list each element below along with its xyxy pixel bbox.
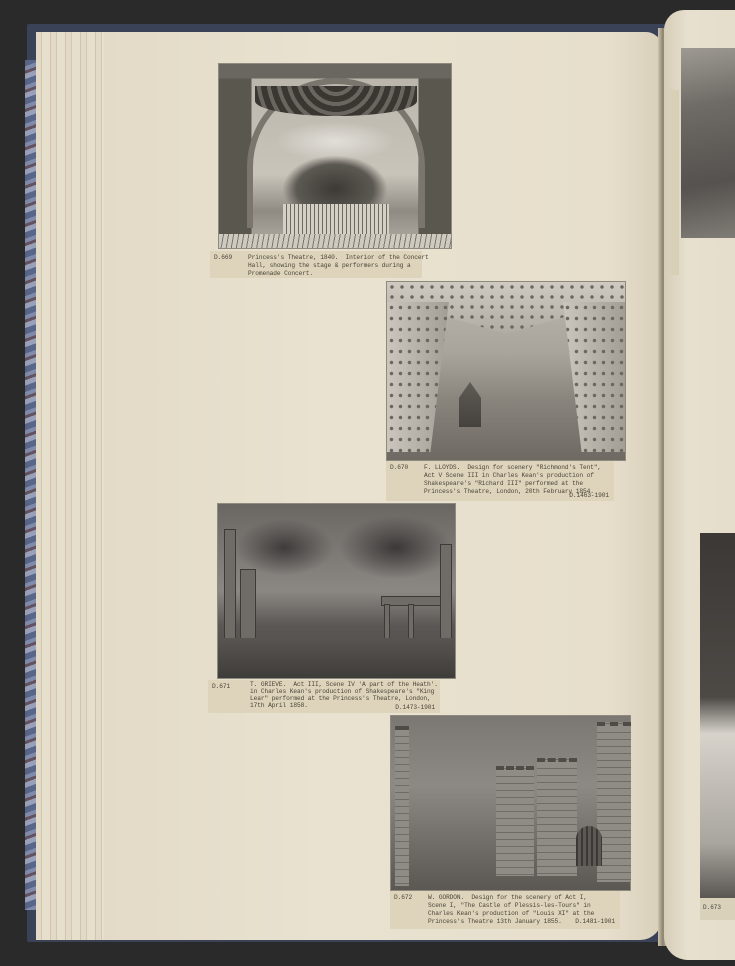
stage-balustrade bbox=[283, 204, 389, 234]
facing-plate-top bbox=[681, 48, 735, 238]
caption-line: Hall, showing the stage & performers dur… bbox=[248, 262, 411, 270]
castle-tower bbox=[496, 766, 534, 876]
accession-number: D.1473-1901 bbox=[395, 704, 435, 712]
plate-number: D.670 bbox=[390, 464, 408, 472]
stage-floor bbox=[219, 234, 451, 248]
caption-d672: D.672 W. GORDON. Design for the scenery … bbox=[390, 891, 620, 929]
curtain-right bbox=[563, 302, 625, 452]
castle-tower bbox=[597, 722, 631, 882]
caption-line: Promenade Concert. bbox=[248, 270, 313, 278]
caption-line: 17th April 1858. bbox=[250, 702, 308, 710]
caption-d670: D.670 F. LLOYDS. Design for scenery "Ric… bbox=[386, 461, 614, 501]
plate-richmonds-tent bbox=[386, 281, 626, 461]
plate-castle-plessis bbox=[390, 715, 631, 891]
plate-number: D.671 bbox=[212, 683, 230, 691]
curtain-left bbox=[387, 302, 449, 452]
facing-plate-label: D.673 bbox=[700, 898, 735, 920]
distant-tent bbox=[459, 382, 481, 427]
castle-gate bbox=[576, 826, 602, 866]
plate-heath bbox=[217, 503, 456, 679]
castle-tower bbox=[395, 726, 409, 886]
stage-drapery bbox=[255, 86, 417, 116]
caption-line: Princess's Theatre, 1840. Interior of th… bbox=[248, 254, 429, 262]
accession-number: D.1463-1901 bbox=[569, 492, 609, 500]
plate-concert-hall bbox=[218, 63, 452, 249]
caption-line: Charles Kean's production of "Louis XI" … bbox=[428, 910, 594, 918]
caption-d669: D.669 Princess's Theatre, 1840. Interior… bbox=[210, 251, 422, 278]
caption-line: Princess's Theatre 13th January 1855. bbox=[428, 918, 562, 926]
accession-number: D.1481-1901 bbox=[575, 918, 615, 926]
facing-caption-vertical bbox=[671, 90, 679, 275]
plate-number: D.669 bbox=[214, 254, 232, 262]
caption-d671: D.671 T. GRIEVE. Act III, Scene IV 'A pa… bbox=[208, 680, 440, 713]
castle-tower bbox=[537, 758, 577, 876]
plate-number: D.672 bbox=[394, 894, 412, 902]
lintel-stone bbox=[381, 596, 449, 606]
caption-line: Act V Scene III in Charles Kean's produc… bbox=[424, 472, 594, 480]
caption-line: Shakespeare's "Richard III" performed at… bbox=[424, 480, 583, 488]
caption-line: Scene I, "The Castle of Plessis-les-Tour… bbox=[428, 902, 591, 910]
caption-line: F. LLOYDS. Design for scenery "Richmond'… bbox=[424, 464, 601, 472]
caption-line: W. GORDON. Design for the scenery of Act… bbox=[428, 894, 587, 902]
facing-plate-bottom bbox=[700, 533, 735, 898]
heath-ground bbox=[218, 638, 455, 678]
